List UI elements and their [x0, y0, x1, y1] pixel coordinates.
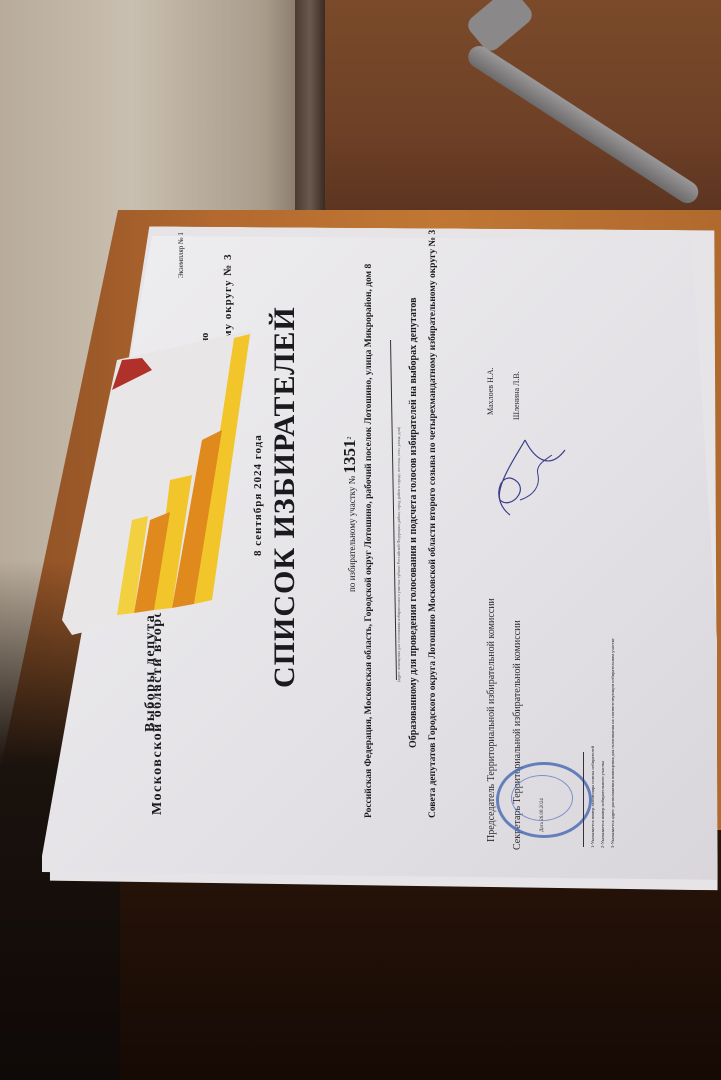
stamp-date: Дата 26.08.2024: [540, 798, 545, 832]
precinct-label: по избирательному участку № 13512: [340, 437, 360, 593]
document-title: СПИСОК ИЗБИРАТЕЛЕЙ: [268, 306, 302, 688]
election-fragment-2: му округу № 3: [222, 253, 234, 338]
folded-ribbon-flap: [62, 330, 252, 640]
precinct-address: Российская Федерация, Московская область…: [364, 264, 374, 818]
chairman-label: Председатель Территориальной избирательн…: [486, 598, 497, 842]
address-caption: (адрес помещения для голосования избират…: [396, 427, 401, 682]
footnote-divider: [583, 752, 584, 847]
desk-back-edge: [295, 0, 325, 215]
precinct-number: 1351: [340, 440, 359, 474]
election-date: 8 сентября 2024 года: [252, 434, 264, 556]
secretary-name: Шленина Л.В.: [512, 371, 521, 420]
precinct-label-text: по избирательному участку №: [347, 476, 357, 592]
chairman-name: Махлоев Н.А.: [486, 367, 495, 415]
precinct-footnote-mark: 2: [347, 437, 353, 440]
footnote-3: 3-Указывается адрес расположения помещен…: [610, 638, 615, 848]
council-line: Совета депутатов Городского округа Лотош…: [428, 230, 438, 818]
copy-number: Экземпляр № 1: [177, 232, 185, 278]
footnote-2: 2-Указывается номер избирательного участ…: [600, 761, 605, 848]
footnote-1: 1-Указывается номер экземпляра списка из…: [590, 746, 595, 848]
commission-line: Образованному для проведения голосования…: [408, 297, 419, 748]
signature-chairman: [480, 430, 570, 530]
